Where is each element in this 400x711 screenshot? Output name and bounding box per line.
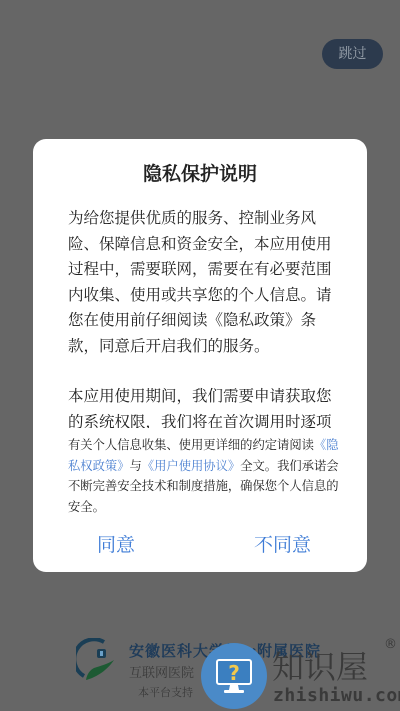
hospital-subtitle: 互联网医院 bbox=[129, 662, 194, 681]
watermark-title: 知识屋 bbox=[272, 642, 368, 688]
agree-button[interactable]: 同意 bbox=[97, 529, 135, 561]
user-agreement-link[interactable]: 《用户使用协议》 bbox=[142, 459, 240, 473]
disagree-button[interactable]: 不同意 bbox=[254, 529, 311, 561]
dialog-actions: 同意 不同意 bbox=[33, 529, 367, 561]
watermark-registered: ® bbox=[384, 637, 397, 652]
footer-prefix: 有关个人信息收集、使用更详细的约定请阅读 bbox=[68, 438, 314, 452]
hospital-logo-icon bbox=[76, 638, 120, 684]
monitor-question-icon: ? bbox=[201, 643, 267, 709]
skip-button[interactable]: 跳过 bbox=[322, 39, 383, 69]
footer-and: 与 bbox=[130, 459, 142, 473]
privacy-paragraph-2: 本应用使用期间，我们需要申请获取您的系统权限，我们将在首次调用时逐项 bbox=[68, 384, 345, 428]
watermark-url: zhishiwu.com bbox=[273, 685, 400, 706]
privacy-footer-text: 有关个人信息收集、使用更详细的约定请阅读《隐私权政策》与《用户使用协议》全文。我… bbox=[68, 435, 345, 517]
privacy-dialog: 隐私保护说明 为给您提供优质的服务、控制业务风险、保障信息和资金安全，本应用使用… bbox=[33, 139, 367, 572]
privacy-paragraph-1: 为给您提供优质的服务、控制业务风险、保障信息和资金安全，本应用使用过程中，需要联… bbox=[68, 206, 345, 359]
support-text: 本平台支持 bbox=[138, 684, 193, 700]
svg-text:?: ? bbox=[228, 661, 240, 685]
dialog-title: 隐私保护说明 bbox=[33, 159, 367, 186]
watermark-badge: ? bbox=[201, 643, 267, 709]
privacy-scroll-body[interactable]: 为给您提供优质的服务、控制业务风险、保障信息和资金安全，本应用使用过程中，需要联… bbox=[68, 206, 345, 428]
